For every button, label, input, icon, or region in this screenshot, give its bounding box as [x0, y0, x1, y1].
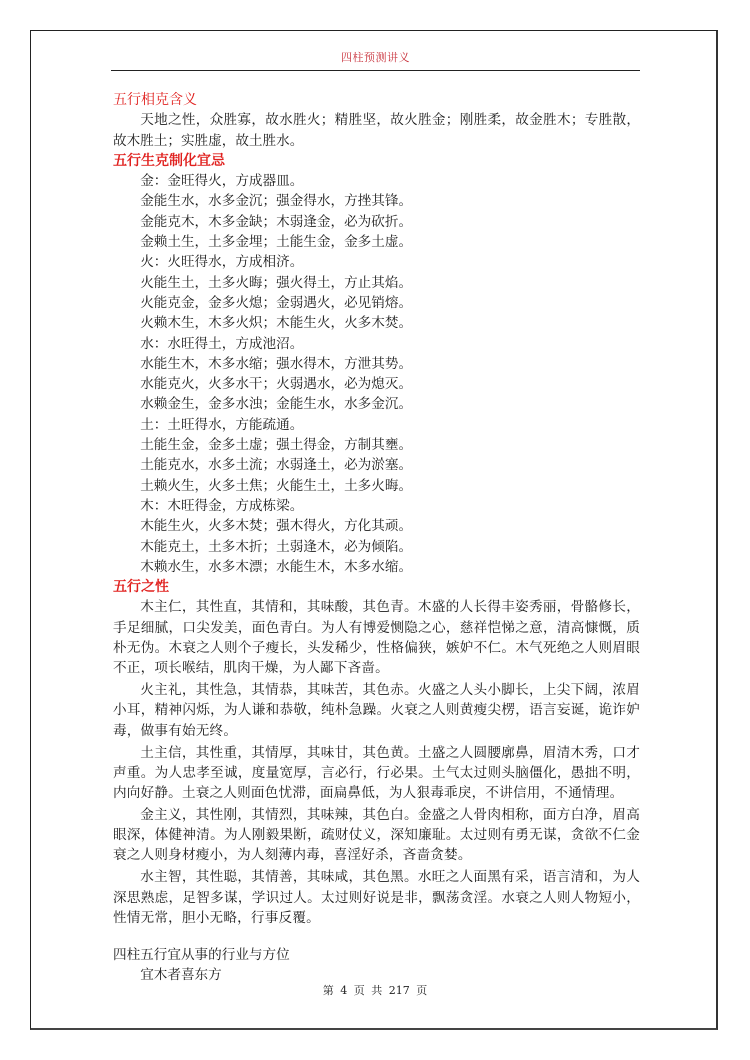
list-item: 火能克金，金多火熄；金弱遇火，必见销熔。	[113, 293, 640, 313]
page-content: 五行相克含义 天地之性，众胜寡，故水胜火；精胜坚，故火胜金；刚胜柔，故金胜木；专…	[113, 90, 640, 985]
nature-paragraph-fire: 火主礼，其性急，其情恭，其味苦，其色赤。火盛之人头小脚长，上尖下阔，浓眉小耳，精…	[113, 680, 640, 741]
list-item: 金能生水，水多金沉；强金得水，方挫其锋。	[113, 191, 640, 211]
list-item: 水：水旺得土，方成池沼。	[113, 334, 640, 354]
page-header-title: 四柱预测讲义	[111, 49, 640, 65]
restraint-meaning-paragraph: 天地之性，众胜寡，故水胜火；精胜坚，故火胜金；刚胜柔，故金胜木；专胜散，故木胜土…	[113, 110, 640, 151]
list-item: 水能克火，火多水干；火弱遇水，必为熄灭。	[113, 374, 640, 394]
list-item: 金赖土生，土多金埋；土能生金，金多土虚。	[113, 232, 640, 252]
heading-nature: 五行之性	[113, 577, 640, 597]
list-item: 木能生火，火多木焚；强木得火，方化其顽。	[113, 516, 640, 536]
page-number-footer: 第 4 页 共 217 页	[0, 982, 750, 998]
heading-generation-control: 五行生克制化宜忌	[113, 151, 640, 171]
list-item: 水赖金生，金多水浊；金能生水，水多金沉。	[113, 394, 640, 414]
nature-paragraph-water: 水主智，其性聪，其情善，其味咸，其色黑。水旺之人面黑有采，语言清和，为人深思熟虑…	[113, 867, 640, 928]
list-item: 金：金旺得火，方成器皿。	[113, 171, 640, 191]
header-divider	[111, 70, 640, 71]
list-item: 木能克土，土多木折；土弱逢木，必为倾陷。	[113, 537, 640, 557]
list-item: 水能生木，木多水缩；强水得木，方泄其势。	[113, 354, 640, 374]
heading-occupation: 四柱五行宜从事的行业与方位	[113, 945, 640, 965]
nature-paragraph-metal: 金主义，其性刚，其情烈，其味辣，其色白。金盛之人骨肉相称，面方白净，眉高眼深，体…	[113, 805, 640, 866]
nature-paragraph-earth: 土主信，其性重，其情厚，其味甘，其色黄。土盛之人圆腰廓鼻，眉清木秀，口才声重。为…	[113, 743, 640, 804]
generation-control-list: 金：金旺得火，方成器皿。 金能生水，水多金沉；强金得水，方挫其锋。 金能克木，木…	[113, 171, 640, 577]
list-item: 土能生金，金多土虚；强土得金，方制其壅。	[113, 435, 640, 455]
list-item: 火赖木生，木多火炽；木能生火，火多木焚。	[113, 313, 640, 333]
nature-paragraph-wood: 木主仁，其性直，其情和，其味酸，其色青。木盛的人长得丰姿秀丽，骨骼修长，手足细腻…	[113, 597, 640, 678]
list-item: 木：木旺得金，方成栋梁。	[113, 496, 640, 516]
list-item: 火：火旺得水，方成相济。	[113, 252, 640, 272]
list-item: 土赖火生，火多土焦；火能生土，土多火晦。	[113, 476, 640, 496]
blank-spacer	[113, 930, 640, 945]
list-item: 木赖水生，水多木漂；水能生木，木多水缩。	[113, 557, 640, 577]
list-item: 土：土旺得水，方能疏通。	[113, 415, 640, 435]
list-item: 金能克木，木多金缺；木弱逢金，必为砍折。	[113, 212, 640, 232]
list-item: 火能生土，土多火晦；强火得土，方止其焰。	[113, 273, 640, 293]
heading-restraint-meaning: 五行相克含义	[113, 90, 640, 110]
list-item: 土能克水，水多土流；水弱逢土，必为淤塞。	[113, 455, 640, 475]
